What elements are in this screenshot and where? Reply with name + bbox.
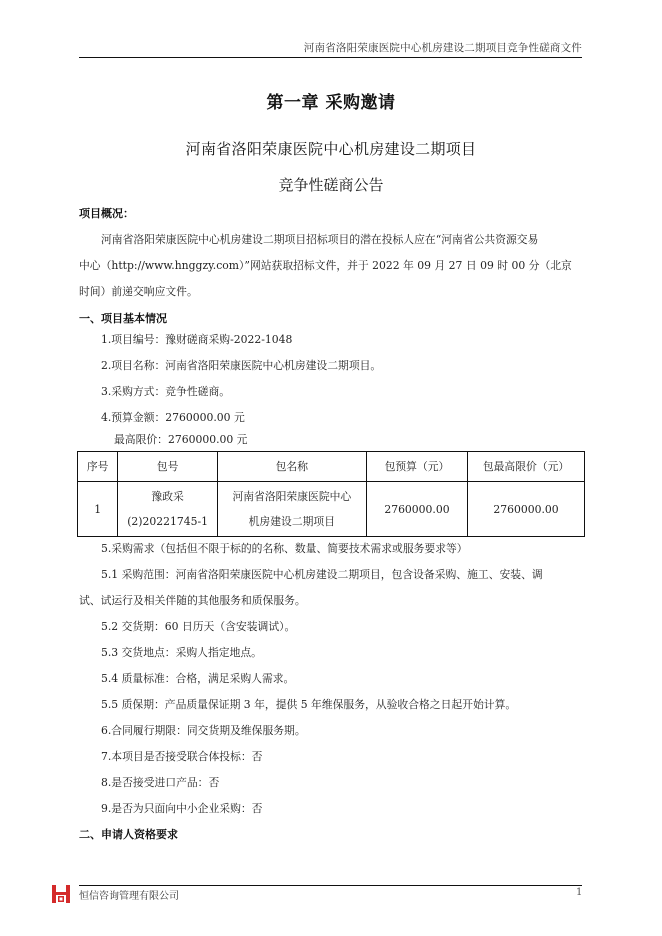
item-consortium: 7.本项目是否接受联合体投标：否 <box>101 744 262 770</box>
overview-heading: 项目概况： <box>79 205 134 221</box>
package-table: 序号 包号 包名称 包预算（元） 包最高限价（元） 1 豫政采 (2)20221… <box>77 451 585 537</box>
cell-index: 1 <box>78 482 118 537</box>
page-number: 1 <box>576 887 582 898</box>
section-1-heading: 一、项目基本情况 <box>79 310 167 326</box>
cell-package-number: 豫政采 (2)20221745-1 <box>118 482 217 537</box>
package-number-line-2: (2)20221745-1 <box>118 509 216 534</box>
section-2-heading: 二、申请人资格要求 <box>79 826 178 842</box>
company-logo-icon <box>51 884 71 904</box>
project-title: 河南省洛阳荣康医院中心机房建设二期项目 <box>0 138 662 159</box>
item-sme-only: 9.是否为只面向中小企业采购：否 <box>101 796 262 822</box>
chapter-title: 第一章 采购邀请 <box>0 88 662 113</box>
item-scope-line-2: 试、试运行及相关伴随的其他服务和质保服务。 <box>79 588 306 614</box>
cell-package-name: 河南省洛阳荣康医院中心 机房建设二期项目 <box>217 482 366 537</box>
overview-line-2: 中心（http://www.hnggzy.com）”网站获取招标文件，并于 20… <box>79 253 572 279</box>
cell-budget: 2760000.00 <box>366 482 467 537</box>
header-package-name: 包名称 <box>217 452 366 482</box>
notice-title: 竞争性磋商公告 <box>0 174 662 195</box>
item-project-number: 1.项目编号：豫财磋商采购-2022-1048 <box>101 327 292 353</box>
table-header-row: 序号 包号 包名称 包预算（元） 包最高限价（元） <box>78 452 585 482</box>
item-warranty: 5.5 质保期：产品质量保证期 3 年，提供 5 年维保服务，从验收合格之日起开… <box>101 692 516 718</box>
header-index: 序号 <box>78 452 118 482</box>
package-number-line-1: 豫政采 <box>118 484 216 509</box>
header-package-number: 包号 <box>118 452 217 482</box>
overview-line-3: 时间）前递交响应文件。 <box>79 279 198 305</box>
overview-line-1: 河南省洛阳荣康医院中心机房建设二期项目招标项目的潜在投标人应在“河南省公共资源交… <box>101 227 538 253</box>
item-max-price: 最高限价：2760000.00 元 <box>114 427 247 453</box>
running-header: 河南省洛阳荣康医院中心机房建设二期项目竞争性磋商文件 <box>79 40 582 55</box>
item-procurement-method: 3.采购方式：竞争性磋商。 <box>101 379 230 405</box>
footer-company-name: 恒信咨询管理有限公司 <box>79 887 179 902</box>
cell-max-price: 2760000.00 <box>468 482 585 537</box>
footer-divider <box>79 885 582 886</box>
package-name-line-1: 河南省洛阳荣康医院中心 <box>218 484 366 509</box>
package-name-line-2: 机房建设二期项目 <box>218 509 366 534</box>
item-imported-products: 8.是否接受进口产品：否 <box>101 770 219 796</box>
header-package-max-price: 包最高限价（元） <box>468 452 585 482</box>
item-project-name: 2.项目名称：河南省洛阳荣康医院中心机房建设二期项目。 <box>101 353 381 379</box>
header-package-budget: 包预算（元） <box>366 452 467 482</box>
item-contract-period: 6.合同履行期限：同交货期及维保服务期。 <box>101 718 306 744</box>
item-delivery-location: 5.3 交货地点：采购人指定地点。 <box>101 640 262 666</box>
item-scope-line-1: 5.1 采购范围：河南省洛阳荣康医院中心机房建设二期项目，包含设备采购、施工、安… <box>101 562 543 588</box>
table-row: 1 豫政采 (2)20221745-1 河南省洛阳荣康医院中心 机房建设二期项目… <box>78 482 585 537</box>
item-requirements: 5.采购需求（包括但不限于标的的名称、数量、简要技术需求或服务要求等） <box>101 536 468 562</box>
item-quality-standard: 5.4 质量标准：合格，满足采购人需求。 <box>101 666 294 692</box>
item-delivery-period: 5.2 交货期：60 日历天（含安装调试）。 <box>101 614 295 640</box>
header-divider <box>79 57 582 58</box>
